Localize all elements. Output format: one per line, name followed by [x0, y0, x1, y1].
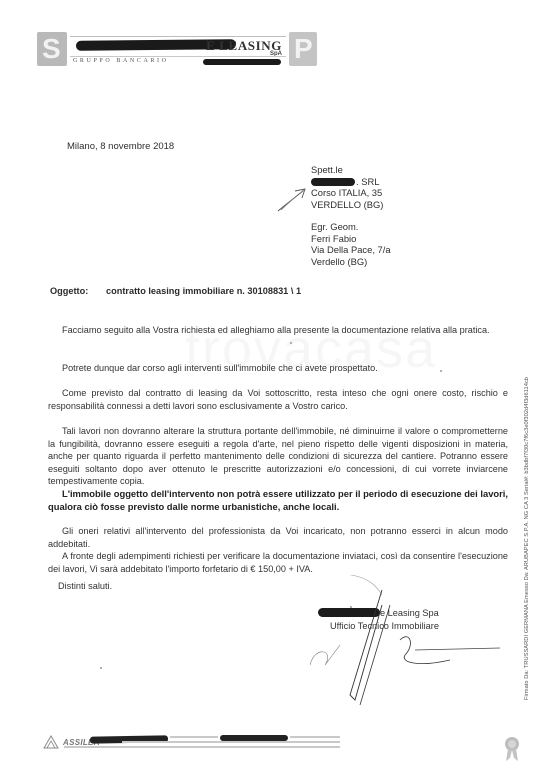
letterhead-band: E LEASING SpA GRUPPO BANCARIO	[70, 34, 286, 64]
handwritten-arrow-icon	[275, 185, 315, 213]
recipient-company: . SRL	[311, 176, 391, 188]
recipient-address: Spett.le . SRL Corso ITALIA, 35 VERDELLO…	[311, 164, 391, 267]
cc-city: Verdello (BG)	[311, 256, 391, 268]
subject-text: contratto leasing immobiliare n. 3010883…	[106, 286, 301, 296]
body-paragraph: Facciamo seguito alla Vostra richiesta e…	[48, 324, 508, 337]
body-paragraph: Tali lavori non dovranno alterare la str…	[48, 425, 508, 488]
redaction-bar	[311, 178, 355, 186]
assilea-logo-icon	[42, 734, 60, 750]
recipient-street: Corso ITALIA, 35	[311, 187, 391, 199]
recipient-city: VERDELLO (BG)	[311, 199, 391, 211]
cc-title: Egr. Geom.	[311, 221, 391, 233]
letterhead: S E LEASING SpA GRUPPO BANCARIO P	[37, 32, 317, 68]
seal-rosette-icon	[503, 736, 521, 762]
company-logo-right: P	[289, 32, 317, 66]
cc-street: Via Della Pace, 7/a	[311, 244, 391, 256]
signatory-company: e Leasing Spa	[318, 607, 439, 620]
signatory-department: Ufficio Tecnico Immobiliare	[330, 620, 439, 633]
signatory-block: e Leasing Spa Ufficio Tecnico Immobiliar…	[318, 607, 439, 632]
subject-label: Oggetto:	[50, 286, 106, 296]
body-paragraph: Potrete dunque dar corso agli interventi…	[48, 362, 508, 375]
cc-name: Ferri Fabio	[311, 233, 391, 245]
footer: ASSILEA	[42, 730, 342, 752]
body-paragraph: Gli oneri relativi all'intervento del pr…	[48, 525, 508, 550]
redaction-bar	[318, 608, 380, 617]
salutation: Spett.le	[311, 164, 391, 176]
redaction-bar	[203, 59, 281, 65]
group-text: GRUPPO BANCARIO	[73, 58, 169, 64]
body-paragraph-bold: L'immobile oggetto dell'intervento non p…	[48, 488, 508, 513]
body-paragraph: Come previsto dal contratto di leasing d…	[48, 387, 508, 412]
company-logo-left: S	[37, 32, 67, 66]
date-line: Milano, 8 novembre 2018	[67, 141, 174, 153]
body-paragraph: A fronte degli adempimenti richiesti per…	[48, 550, 508, 575]
closing-greeting: Distinti saluti.	[58, 581, 112, 591]
digital-signature-stamp: Firmato Da: TRUSSARDI GERMANA Emesso Da:…	[524, 377, 530, 700]
subject-line: Oggetto:contratto leasing immobiliare n.…	[50, 286, 301, 296]
handwritten-signature	[310, 575, 510, 710]
